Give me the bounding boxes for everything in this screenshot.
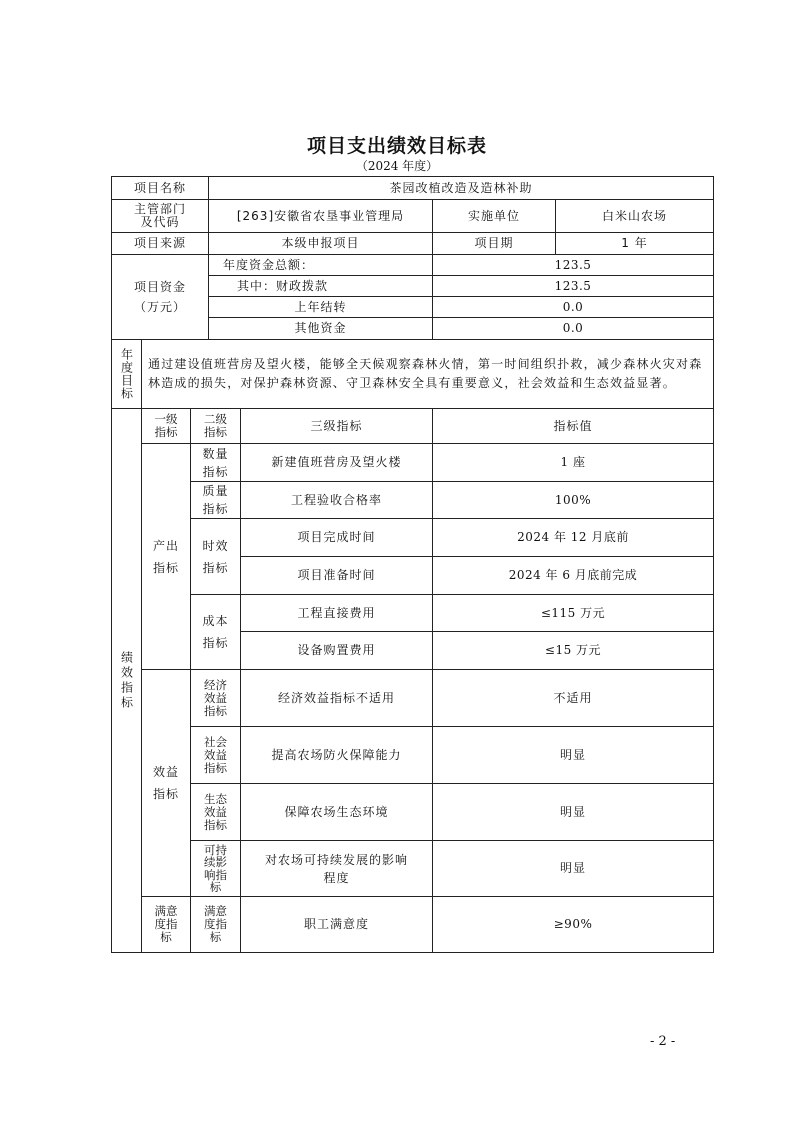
level2-label: 满意度指标 — [203, 905, 229, 944]
level3-item: 提高农场防火保障能力 — [240, 726, 433, 784]
source-value: 本级申报项目 — [208, 232, 433, 255]
page-number: - 2 - — [650, 1034, 675, 1049]
level2-cost: 成本指标 — [190, 594, 241, 670]
dept-label: 主管部门及代码 — [111, 199, 209, 233]
group-label: 效益指标 — [152, 761, 180, 805]
header-level1: 一级指标 — [141, 408, 191, 444]
indicator-value: 100% — [432, 481, 714, 519]
level3-item: 工程验收合格率 — [240, 481, 433, 519]
level2-label: 数量指标 — [202, 445, 230, 481]
funding-row-value: 123.5 — [432, 275, 714, 297]
level2-label: 经济效益指标 — [203, 679, 229, 718]
project-name-value: 茶园改植改造及造林补助 — [208, 176, 714, 200]
funding-row-label: 年度资金总额： — [208, 254, 433, 276]
funding-row-label: 其他资金 — [208, 317, 433, 340]
group-label: 满意度指标 — [152, 905, 180, 944]
funding-row-value: 123.5 — [432, 254, 714, 276]
indicator-value: 1 座 — [432, 443, 714, 482]
indicator-value: 明显 — [432, 840, 714, 897]
indicator-value: 不适用 — [432, 669, 714, 727]
level2-label: 质量指标 — [202, 482, 230, 518]
level2-social: 社会效益指标 — [190, 726, 241, 784]
level2-quantity: 数量指标 — [190, 443, 241, 482]
level2-sustainability: 可持续影响指标 — [190, 840, 241, 897]
indicator-value: ≤115 万元 — [432, 594, 714, 632]
level3-item: 工程直接费用 — [240, 594, 433, 632]
header-level3: 三级指标 — [240, 408, 433, 444]
impl-unit-value: 白米山农场 — [555, 199, 714, 233]
funding-label: 项目资金（万元） — [111, 254, 209, 340]
level2-label: 可持续影响指标 — [203, 844, 229, 894]
dept-label-text: 主管部门及代码 — [132, 203, 188, 229]
header-level2-text: 二级指标 — [203, 413, 229, 439]
level2-label: 时效指标 — [202, 535, 230, 579]
group-benefit-indicators: 效益指标 — [141, 669, 191, 897]
funding-label-text: 项目资金（万元） — [128, 277, 192, 317]
funding-row-label: 上年结转 — [208, 296, 433, 318]
level2-timeliness: 时效指标 — [190, 518, 241, 595]
level2-label: 生态效益指标 — [203, 793, 229, 832]
level3-item: 经济效益指标不适用 — [240, 669, 433, 727]
indicator-value: 2024 年 6 月底前完成 — [432, 556, 714, 595]
indicator-value: 明显 — [432, 783, 714, 841]
level3-item: 新建值班营房及望火楼 — [240, 443, 433, 482]
annual-target-text: 通过建设值班营房及望火楼，能够全天候观察森林火情，第一时间组织扑救，减少森林火灾… — [141, 339, 714, 409]
header-value: 指标值 — [432, 408, 714, 444]
page-subtitle: （2024 年度） — [0, 157, 794, 174]
funding-row-label: 其中：财政拨款 — [208, 275, 433, 297]
annual-target-label: 年度目标 — [111, 339, 142, 409]
level3-item: 项目完成时间 — [240, 518, 433, 557]
indicator-value: ≥90% — [432, 896, 714, 953]
group-output-indicators: 产出指标 — [141, 443, 191, 670]
funding-row-value: 0.0 — [432, 317, 714, 340]
level2-ecological: 生态效益指标 — [190, 783, 241, 841]
impl-unit-label: 实施单位 — [432, 199, 556, 233]
funding-row-value: 0.0 — [432, 296, 714, 318]
period-label: 项目期 — [432, 232, 556, 255]
level3-item: 职工满意度 — [240, 896, 433, 953]
level3-item: 项目准备时间 — [240, 556, 433, 595]
level2-label: 成本指标 — [202, 610, 230, 654]
group-label: 产出指标 — [152, 535, 180, 579]
indicators-section-label: 绩效指标 — [111, 408, 142, 953]
level2-economic: 经济效益指标 — [190, 669, 241, 727]
indicator-value: 明显 — [432, 726, 714, 784]
level2-satisfaction: 满意度指标 — [190, 896, 241, 953]
level2-quality: 质量指标 — [190, 481, 241, 519]
period-value: 1 年 — [555, 232, 714, 255]
level3-item: 对农场可持续发展的影响程度 — [240, 840, 433, 897]
indicator-value: ≤15 万元 — [432, 631, 714, 670]
header-level2: 二级指标 — [190, 408, 241, 444]
page-title: 项目支出绩效目标表 — [0, 131, 794, 158]
level2-label: 社会效益指标 — [203, 736, 229, 775]
header-level1-text: 一级指标 — [153, 413, 179, 439]
group-satisfaction-indicators: 满意度指标 — [141, 896, 191, 953]
performance-target-table: 项目名称 茶园改植改造及造林补助 主管部门及代码 [263]安徽省农垦事业管理局… — [111, 176, 714, 953]
source-label: 项目来源 — [111, 232, 209, 255]
level3-item: 保障农场生态环境 — [240, 783, 433, 841]
project-name-label: 项目名称 — [111, 176, 209, 200]
level3-item: 设备购置费用 — [240, 631, 433, 670]
indicator-value: 2024 年 12 月底前 — [432, 518, 714, 557]
dept-value: [263]安徽省农垦事业管理局 — [208, 199, 433, 233]
